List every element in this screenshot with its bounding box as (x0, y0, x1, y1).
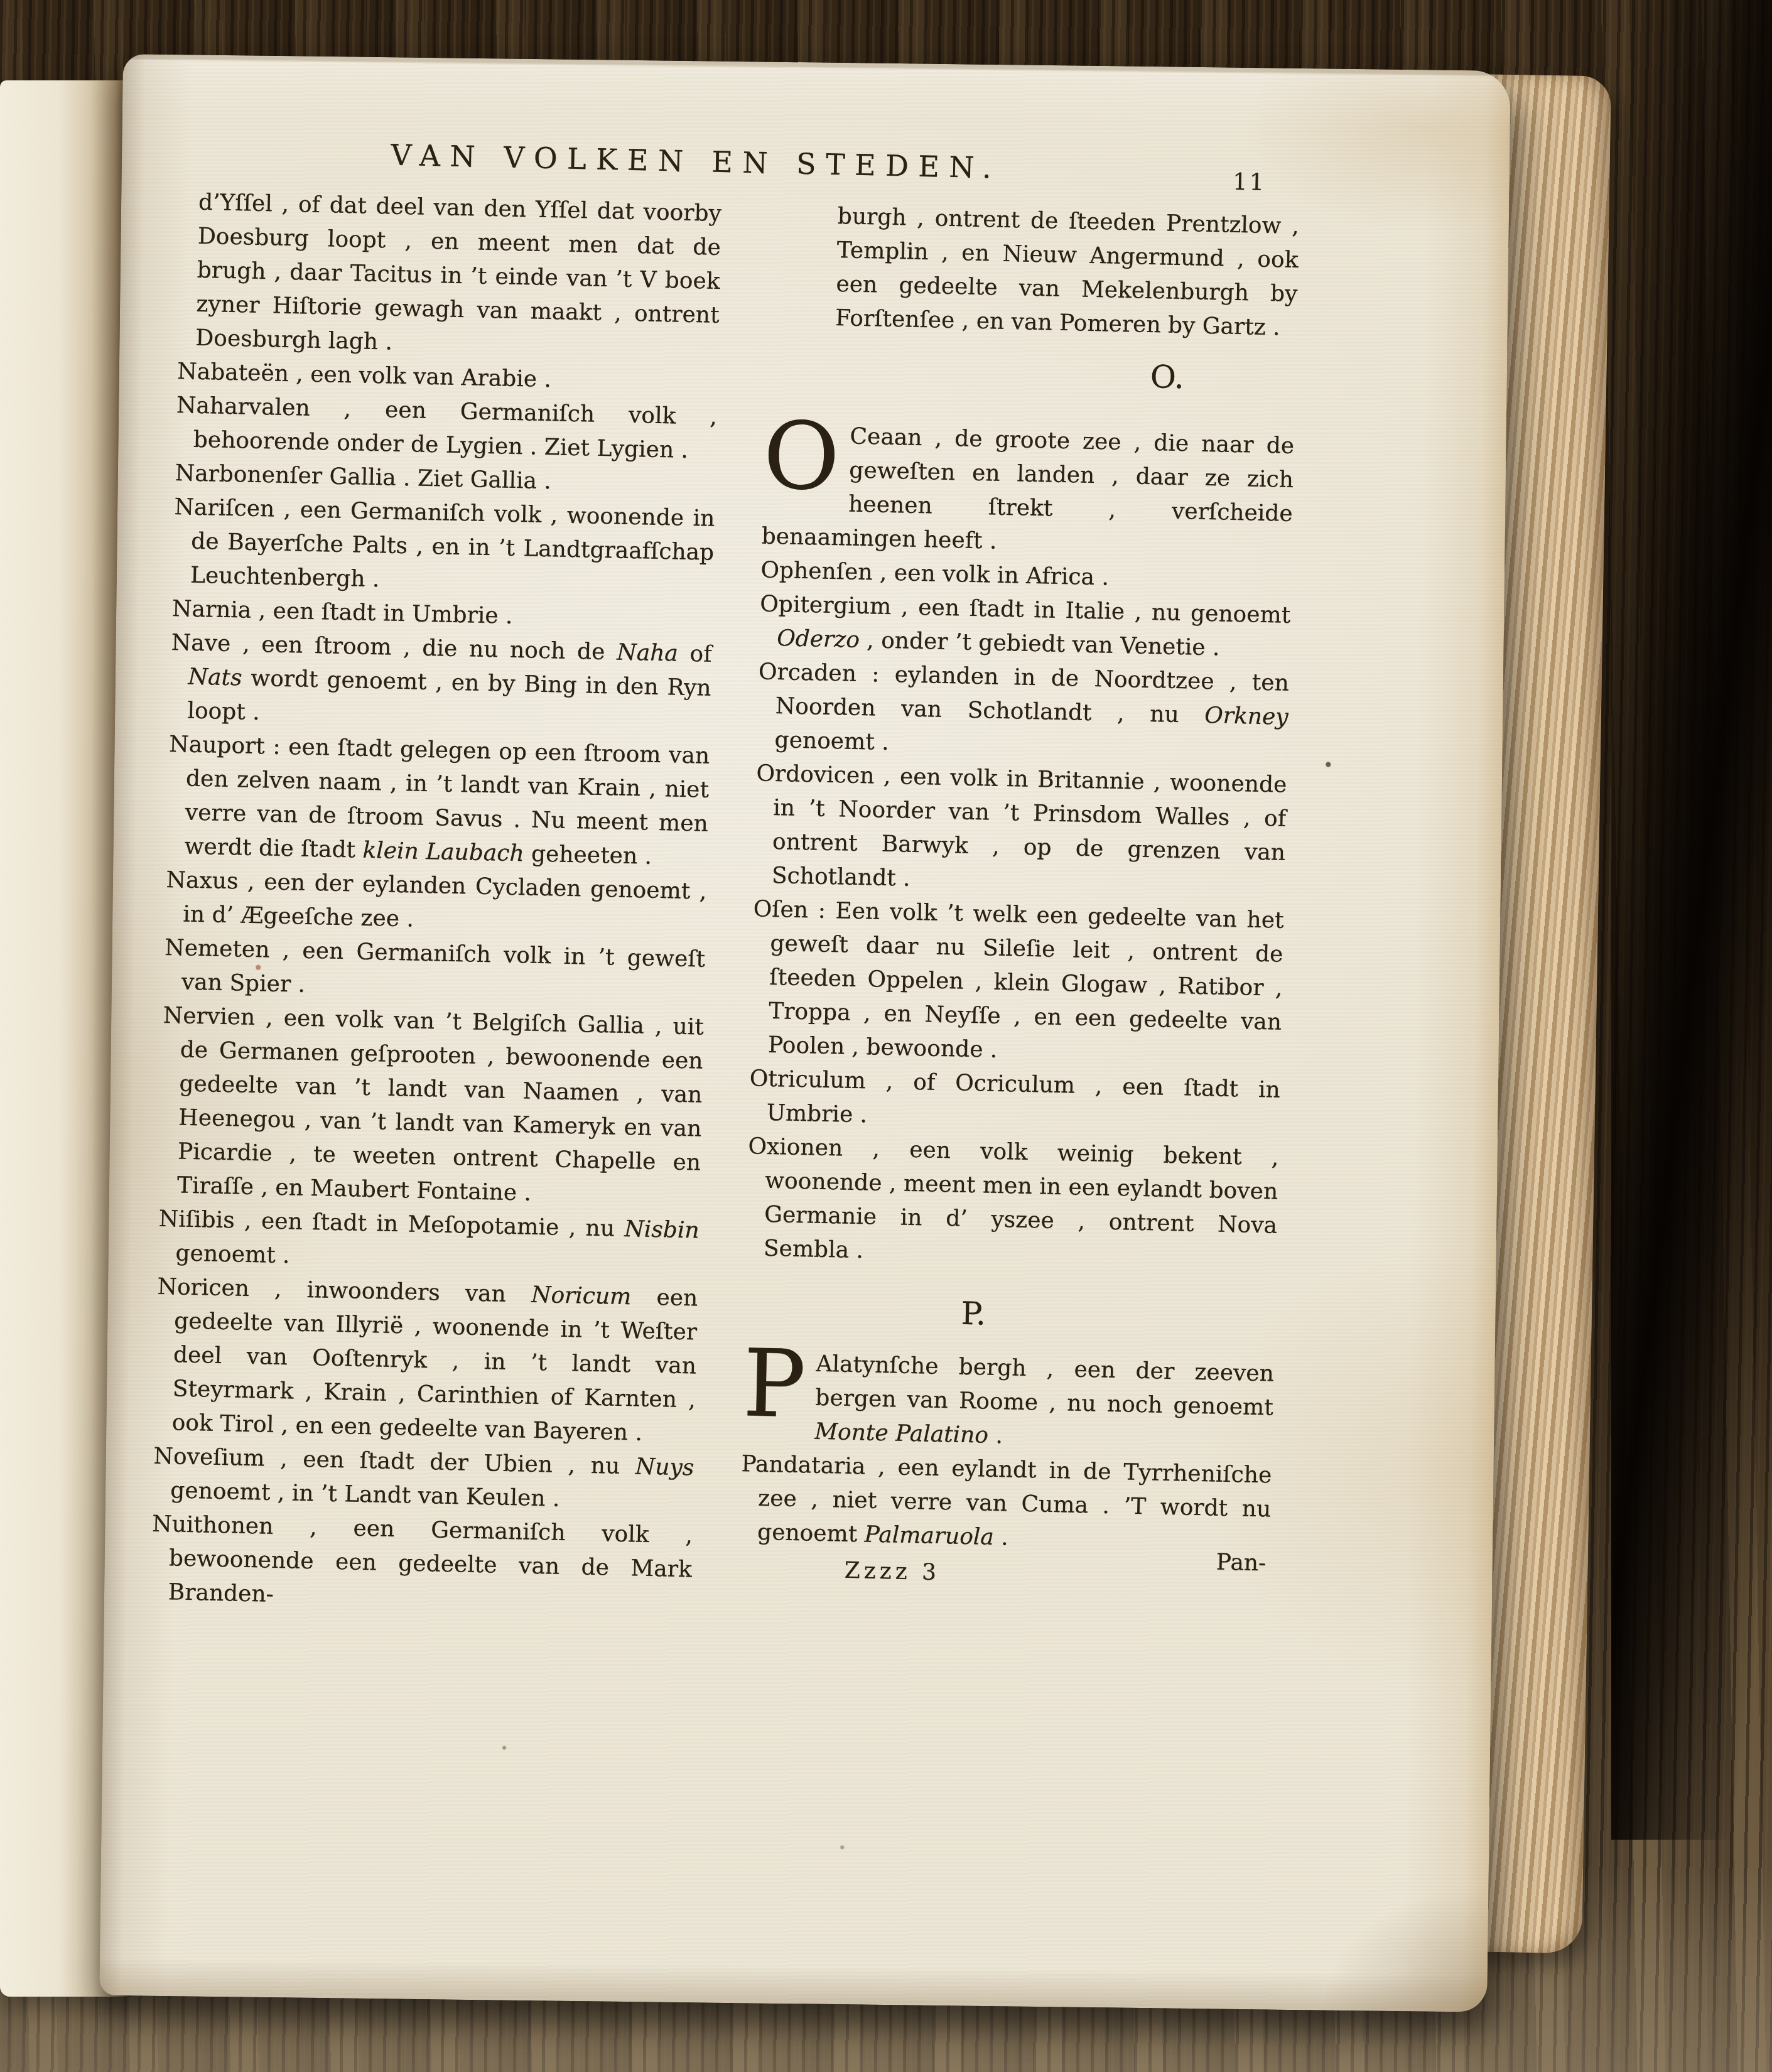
right-column: burgh , ontrent de ſteeden Prentzlow , T… (738, 198, 1299, 1634)
lexicon-entry: Niſibis , een ſtadt in Meſopotamie , nu … (158, 1202, 700, 1282)
lexicon-entry: Nauport : een ſtadt gelegen op een ſtroo… (166, 728, 710, 875)
lexicon-entry: PAlatynſche bergh , een der zeeven berge… (742, 1346, 1274, 1459)
entry-continuation: burgh , ontrent de ſteeden Prentzlow , T… (835, 200, 1300, 345)
lexicon-entry: OCeaan , de groote zee , die naar de gew… (761, 418, 1295, 564)
lexicon-entry: Pandataria , een eylandt in de Tyrrheniſ… (739, 1447, 1272, 1560)
lexicon-entry: Oſen : Een volk ’t welk een gedeelte van… (750, 892, 1284, 1073)
lexicon-entry: Naxus , een der eylanden Cycladen genoem… (165, 863, 707, 943)
drop-cap-letter: P (742, 1346, 816, 1417)
section-heading: O. (902, 354, 1433, 399)
drop-cap-letter: O (762, 418, 850, 490)
running-header: VAN VOLKEN EN STEDEN. 11 (181, 134, 1302, 195)
page-number: 11 (1233, 168, 1267, 196)
lexicon-entry: Nemeten , een Germaniſch volk in ’t gewe… (163, 931, 705, 1011)
lexicon-entry: Opitergium , een ſtadt in Italie , nu ge… (759, 587, 1291, 666)
two-column-text: d’Yſſel , of dat deel van den Yſſel dat … (150, 185, 1300, 1633)
book-photo: VAN VOLKEN EN STEDEN. 11 d’Yſſel , of da… (0, 0, 1772, 2072)
lexicon-entry: Nervien , een volk van ’t Belgiſch Galli… (159, 999, 704, 1214)
right-column-entries: burgh , ontrent de ſteeden Prentzlow , T… (739, 198, 1299, 1561)
lexicon-entry: Oxionen , een volk weinig bekent , woone… (745, 1130, 1279, 1276)
lexicon-entry: Nuithonen , een Germaniſch volk , bewoon… (150, 1508, 693, 1621)
entry-continuation: d’Yſſel , of dat deel van den Yſſel dat … (178, 185, 722, 367)
lexicon-entry: Noveſium , een ſtadt der Ubien , nu Nuys… (153, 1440, 694, 1519)
typeset-area: VAN VOLKEN EN STEDEN. 11 d’Yſſel , of da… (150, 134, 1302, 1633)
lexicon-entry: Ordovicen , een volk in Britannie , woon… (754, 757, 1287, 904)
lexicon-entry: Nariſcen , een Germaniſch volk , woonend… (173, 490, 715, 604)
lexicon-entry: Naharvalen , een Germaniſch volk , behoo… (175, 389, 717, 468)
running-header-title: VAN VOLKEN EN STEDEN. (391, 138, 1002, 184)
lexicon-entry: Orcaden : eylanden in de Noordtzee , ten… (757, 655, 1289, 768)
signature-mark: Zzzz 3 (844, 1554, 940, 1590)
left-column: d’Yſſel , of dat deel van den Yſſel dat … (150, 185, 721, 1621)
catchword: Pan- (1216, 1546, 1267, 1581)
lexicon-entry: Otriculum , of Ocriculum , een ſtadt in … (748, 1062, 1280, 1141)
lexicon-entry: Nave , een ſtroom , die nu noch de Naha … (170, 626, 712, 740)
book-page: VAN VOLKEN EN STEDEN. 11 d’Yſſel , of da… (99, 54, 1511, 2012)
lexicon-entry: Noricen , inwoonders van Noricum een ged… (154, 1270, 698, 1452)
wood-table-groove (1611, 0, 1772, 1840)
section-heading: P. (708, 1291, 1239, 1336)
